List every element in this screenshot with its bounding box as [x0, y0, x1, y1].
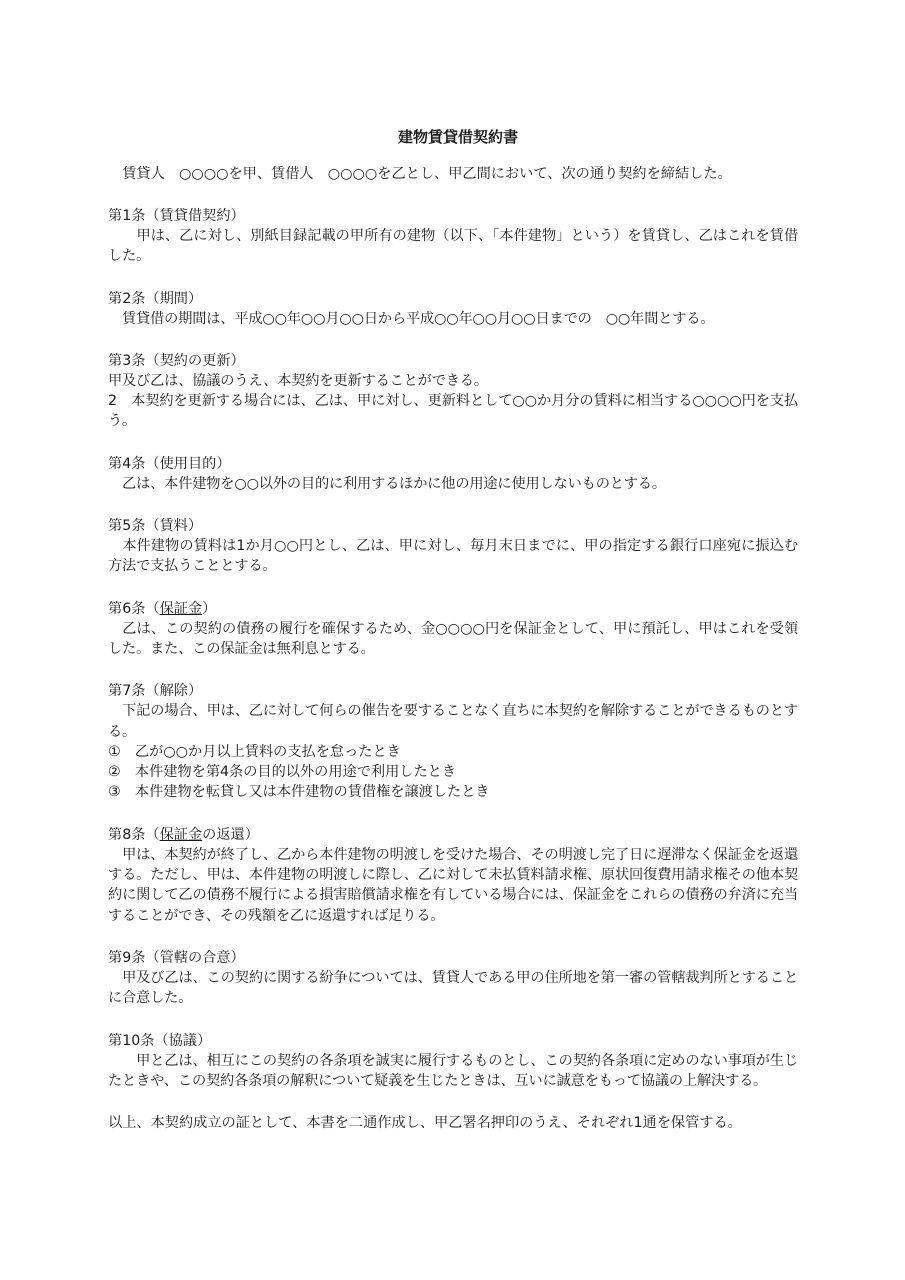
article-6: 第6条（保証金） 乙は、この契約の債務の履行を確保するため、金○○○○円を保証金…: [108, 599, 798, 660]
heading-prefix: 第8条（: [108, 827, 160, 843]
list-item: ① 乙が○○か月以上賃料の支払を怠ったとき: [108, 742, 798, 762]
article-8: 第8条（保証金の返還） 甲は、本契約が終了し、乙から本件建物の明渡しを受けた場合…: [108, 825, 798, 926]
article-paragraph: 下記の場合、甲は、乙に対して何らの催告を要することなく直ちに本契約を解除すること…: [108, 701, 798, 742]
article-2: 第2条（期間） 賃貸借の期間は、平成○○年○○月○○日から平成○○年○○月○○日…: [108, 289, 798, 329]
contract-document: 建物賃貸借契約書 賃貸人 ○○○○を甲、賃借人 ○○○○を乙とし、甲乙間において…: [108, 126, 798, 1133]
article-paragraph: 乙は、本件建物を○○以外の目的に利用するほかに他の用途に使用しないものとする。: [108, 474, 798, 494]
article-1: 第1条（賃貸借契約） 甲は、乙に対し、別紙目録記載の甲所有の建物（以下、「本件建…: [108, 206, 798, 267]
article-paragraph: 甲は、乙に対し、別紙目録記載の甲所有の建物（以下、「本件建物」という）を賃貸し、…: [108, 226, 798, 267]
article-paragraph: 2 本契約を更新する場合には、乙は、甲に対し、更新料として○○か月分の賃料に相当…: [108, 391, 798, 432]
article-heading: 第3条（契約の更新）: [108, 351, 798, 371]
article-paragraph: 甲と乙は、相互にこの契約の各条項を誠実に履行するものとし、この契約各条項に定めの…: [108, 1051, 798, 1092]
heading-underlined-term: 保証金: [160, 601, 203, 617]
article-3: 第3条（契約の更新） 甲及び乙は、協議のうえ、本契約を更新することができる。 2…: [108, 351, 798, 432]
article-heading: 第7条（解除）: [108, 681, 798, 701]
article-heading: 第2条（期間）: [108, 289, 798, 309]
heading-underlined-term: 保証金: [160, 827, 203, 843]
heading-prefix: 第6条（: [108, 601, 160, 617]
article-heading: 第10条（協議）: [108, 1031, 798, 1051]
closing-paragraph: 以上、本契約成立の証として、本書を二通作成し、甲乙署名押印のうえ、それぞれ1通を…: [108, 1113, 798, 1133]
article-7: 第7条（解除） 下記の場合、甲は、乙に対して何らの催告を要することなく直ちに本契…: [108, 681, 798, 802]
intro-paragraph: 賃貸人 ○○○○を甲、賃借人 ○○○○を乙とし、甲乙間において、次の通り契約を締…: [108, 164, 798, 184]
article-4: 第4条（使用目的） 乙は、本件建物を○○以外の目的に利用するほかに他の用途に使用…: [108, 454, 798, 494]
article-paragraph: 本件建物の賃料は1か月○○円とし、乙は、甲に対し、毎月末日までに、甲の指定する銀…: [108, 536, 798, 577]
article-heading: 第5条（賃料）: [108, 516, 798, 536]
article-paragraph: 賃貸借の期間は、平成○○年○○月○○日から平成○○年○○月○○日までの ○○年間…: [108, 309, 798, 329]
article-9: 第9条（管轄の合意） 甲及び乙は、この契約に関する紛争については、賃貸人である甲…: [108, 948, 798, 1009]
article-paragraph: 乙は、この契約の債務の履行を確保するため、金○○○○円を保証金として、甲に預託し…: [108, 619, 798, 660]
article-heading: 第8条（保証金の返還）: [108, 825, 798, 845]
article-10: 第10条（協議） 甲と乙は、相互にこの契約の各条項を誠実に履行するものとし、この…: [108, 1031, 798, 1092]
list-item: ③ 本件建物を転貸し又は本件建物の賃借権を譲渡したとき: [108, 782, 798, 802]
article-heading: 第9条（管轄の合意）: [108, 948, 798, 968]
article-heading: 第1条（賃貸借契約）: [108, 206, 798, 226]
list-item: ② 本件建物を第4条の目的以外の用途で利用したとき: [108, 762, 798, 782]
article-paragraph: 甲及び乙は、この契約に関する紛争については、賃貸人である甲の住所地を第一審の管轄…: [108, 968, 798, 1009]
article-paragraph: 甲及び乙は、協議のうえ、本契約を更新することができる。: [108, 371, 798, 391]
article-5: 第5条（賃料） 本件建物の賃料は1か月○○円とし、乙は、甲に対し、毎月末日までに…: [108, 516, 798, 577]
article-heading: 第4条（使用目的）: [108, 454, 798, 474]
article-paragraph: 甲は、本契約が終了し、乙から本件建物の明渡しを受けた場合、その明渡し完了日に遅滞…: [108, 845, 798, 926]
document-title: 建物賃貸借契約書: [108, 126, 798, 148]
heading-suffix: の返還）: [202, 827, 259, 843]
article-heading: 第6条（保証金）: [108, 599, 798, 619]
heading-suffix: ）: [202, 601, 216, 617]
